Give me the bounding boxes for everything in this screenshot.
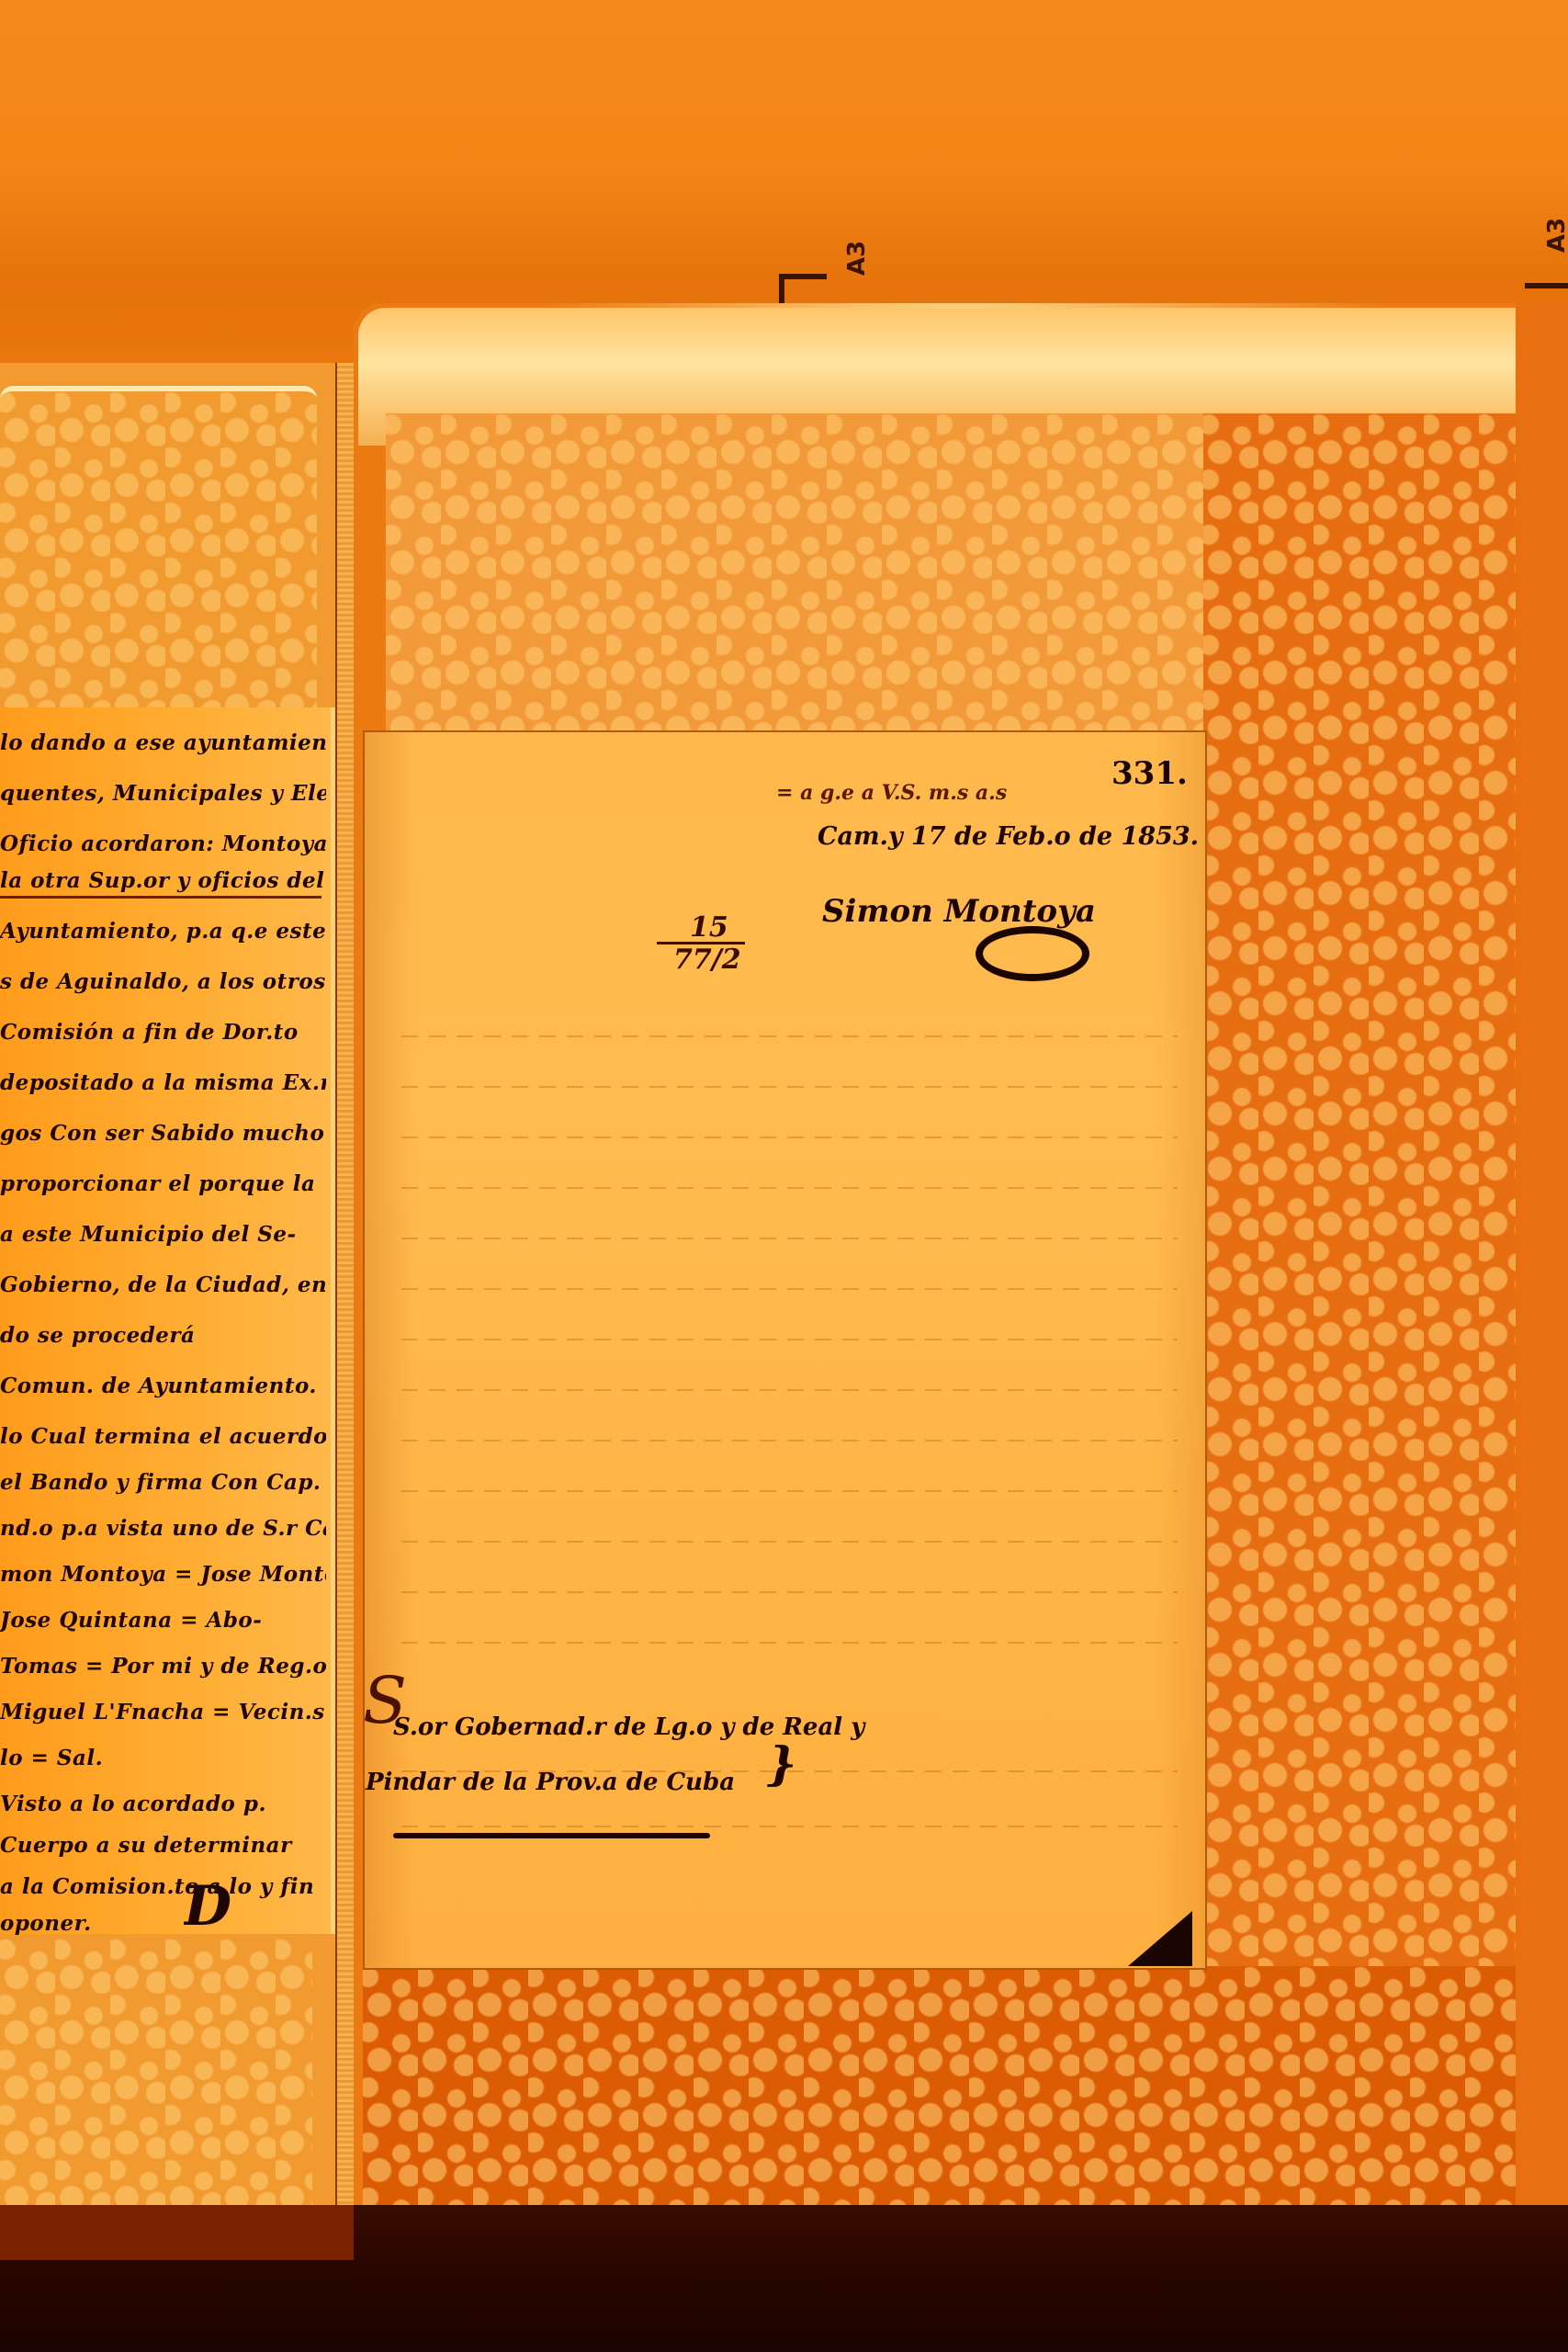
fraction-numerator: 15 xyxy=(657,914,745,944)
left-text-line: proporcionar el porque la xyxy=(0,1171,326,1210)
faint-text-line xyxy=(401,1826,1178,1827)
date-line: Cam.y 17 de Feb.o de 1853. xyxy=(818,822,1199,851)
archival-fraction-notation: 15 77/2 xyxy=(657,914,745,974)
crop-tick-left-vertical xyxy=(779,274,784,307)
addressee-underline xyxy=(393,1833,710,1838)
left-text-line: Cuerpo a su determinar xyxy=(0,1833,326,1871)
left-text-line: Miguel L'Fnacha = Vecin.s xyxy=(0,1700,326,1738)
a3-size-label-right: A3 xyxy=(1543,218,1568,253)
left-text-line: Comisión a fin de Dor.to xyxy=(0,1020,326,1058)
left-text-line: gos Con ser Sabido mucho lug xyxy=(0,1121,326,1159)
fraction-denominator: 77/2 xyxy=(657,944,745,974)
left-text-line: Jose Quintana = Abo- xyxy=(0,1608,326,1646)
faint-text-line xyxy=(401,1389,1178,1391)
left-text-line: do se procederá xyxy=(0,1323,326,1362)
right-page-mottled-border-bottom xyxy=(363,1966,1548,2210)
crop-tick-left-horizontal xyxy=(779,274,827,279)
faint-text-line xyxy=(401,1086,1178,1088)
faint-text-line xyxy=(401,1440,1178,1442)
left-text-line: lo Cual termina el acuerdo xyxy=(0,1424,326,1463)
folio-number: 331. xyxy=(1111,755,1188,792)
left-text-line: s de Aguinaldo, a los otros xyxy=(0,969,326,1008)
faint-text-line xyxy=(401,1591,1178,1593)
crop-tick-right xyxy=(1525,283,1568,288)
faint-text-line xyxy=(401,1541,1178,1543)
right-page-mottled-border-right xyxy=(1203,413,1525,1975)
faint-text-line xyxy=(401,1288,1178,1290)
faint-text-line xyxy=(401,1136,1178,1138)
left-text-line: nd.o p.a vista uno de S.r Cap. xyxy=(0,1516,326,1555)
faint-text-line xyxy=(401,1238,1178,1239)
faint-text-line xyxy=(401,1642,1178,1644)
faint-text-line xyxy=(401,1187,1178,1189)
signature: Simon Montoya xyxy=(822,893,1096,930)
left-text-line: Gobierno, de la Ciudad, en xyxy=(0,1272,326,1311)
left-text-line: Oficio acordaron: Montoya, xyxy=(0,831,326,870)
left-text-line: quentes, Municipales y Electores xyxy=(0,781,326,820)
document-corner-tear xyxy=(1128,1911,1192,1966)
faint-text-line xyxy=(401,1035,1178,1037)
faint-text-line xyxy=(401,1339,1178,1340)
closing-formula: = a g.e a V.S. m.s a.s xyxy=(776,781,1007,805)
left-text-line: la otra Sup.or y oficios del xyxy=(0,868,326,907)
addressee-line-2: Pindar de la Prov.a de Cuba xyxy=(366,1769,735,1796)
faint-text-line xyxy=(401,1490,1178,1492)
left-page-mottled-border xyxy=(0,386,317,722)
left-text-line: a este Municipio del Se- xyxy=(0,1222,326,1261)
right-page-edge xyxy=(1516,303,1568,2210)
addressee-bracket: } xyxy=(767,1736,796,1791)
left-page-bottom-border xyxy=(0,1939,312,2205)
left-text-line: a la Comision.to a lo y fin xyxy=(0,1874,326,1913)
left-page-bottom-edge xyxy=(0,2205,354,2260)
left-text-line: lo dando a ese ayuntamiento xyxy=(0,730,326,769)
left-text-line: Comun. de Ayuntamiento. xyxy=(0,1374,326,1412)
a3-size-label-left: A3 xyxy=(843,241,871,276)
left-page-rubric: D xyxy=(184,1874,257,1948)
left-text-line: lo = Sal. xyxy=(0,1746,326,1784)
signature-rubric-flourish xyxy=(976,926,1089,981)
left-text-line: depositado a la misma Ex.ma xyxy=(0,1070,326,1109)
left-text-line: Ayuntamiento, p.a q.e este mandase xyxy=(0,919,326,957)
left-page-text-block: lo dando a ese ayuntamiento quentes, Mun… xyxy=(0,707,336,1934)
left-text-line: Visto a lo acordado p. xyxy=(0,1792,326,1830)
left-text-line: el Bando y firma Con Cap. xyxy=(0,1470,326,1509)
left-text-line: Tomas = Por mi y de Reg.or Lor xyxy=(0,1654,326,1692)
left-text-line: mon Montoya = Jose Montoya = xyxy=(0,1562,326,1600)
